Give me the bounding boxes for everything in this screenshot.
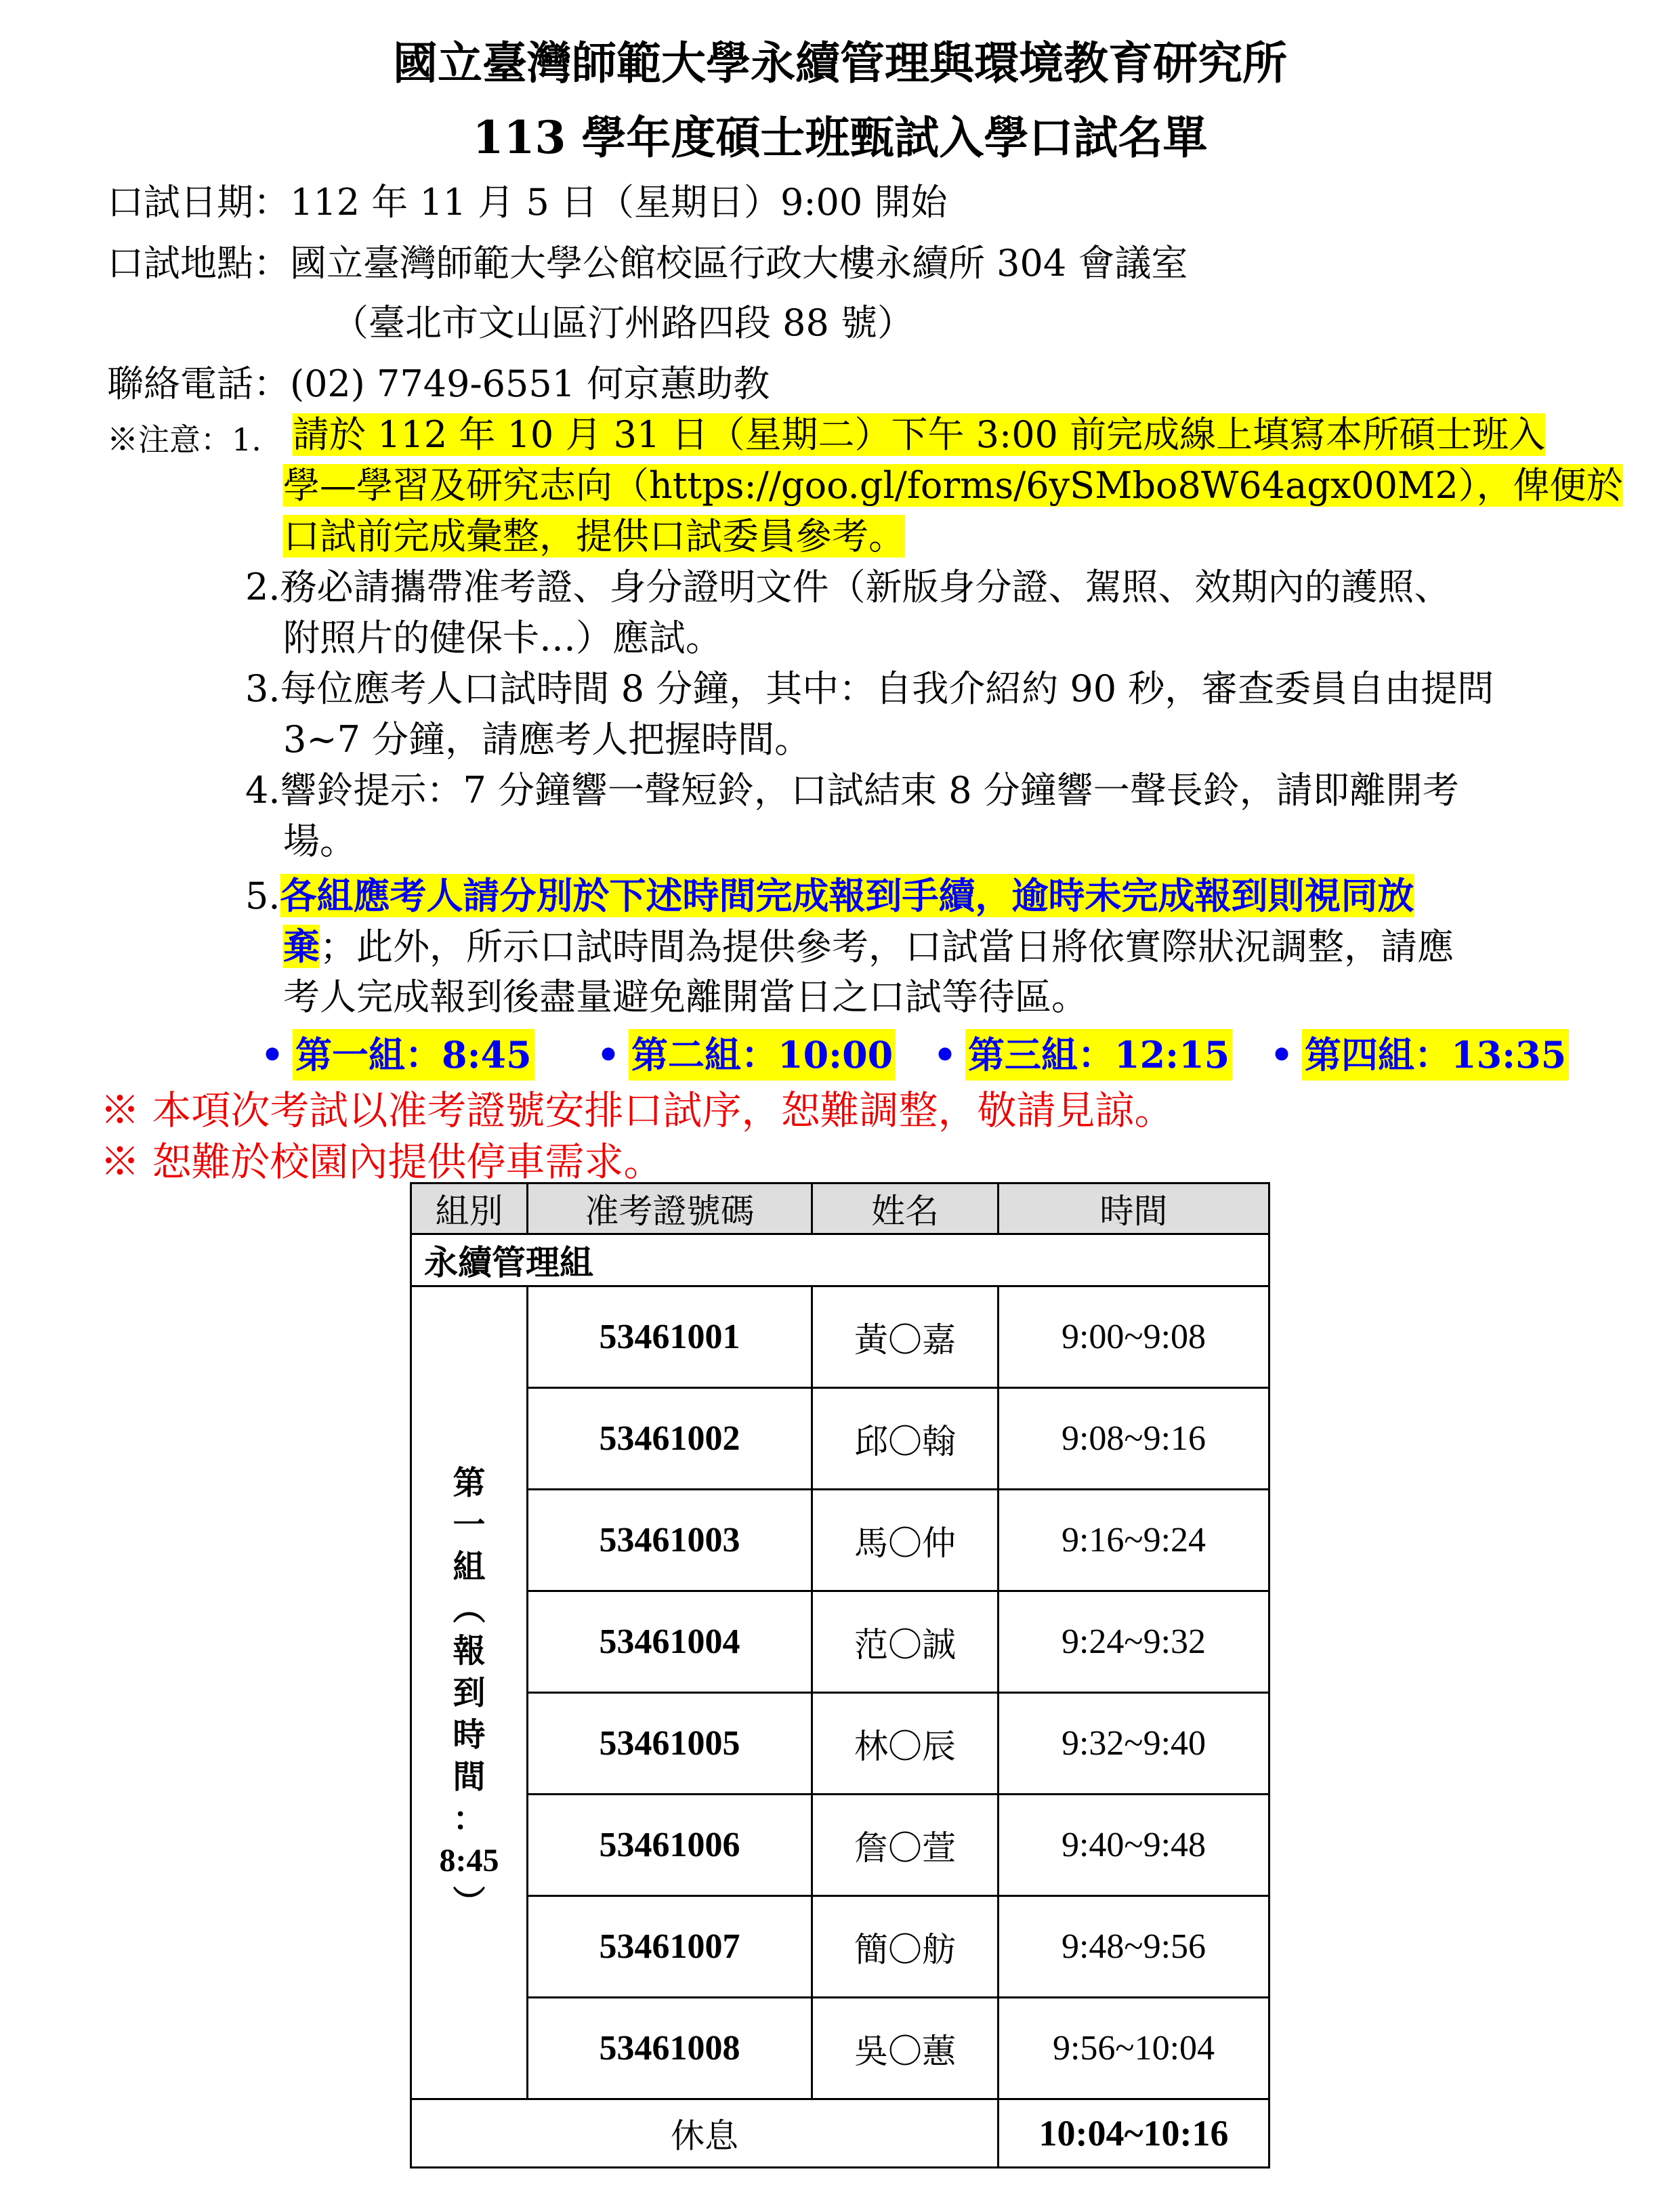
group-char: ︶ bbox=[412, 1882, 526, 1924]
exam-id: 53461003 bbox=[528, 1490, 812, 1591]
table-row: 53461006 詹〇萱 9:40~9:48 bbox=[411, 1795, 1269, 1896]
warning-parking: ※ 恕難於校園內提供停車需求。 bbox=[100, 1130, 663, 1187]
note-5-line-3: 考人完成報到後盡量避免離開當日之口試等待區。 bbox=[283, 972, 1088, 1022]
candidate-name: 林〇辰 bbox=[812, 1693, 999, 1795]
exam-date: 口試日期：112 年 11 月 5 日（星期日）9:00 開始 bbox=[107, 177, 947, 228]
slot-time: 9:56~10:04 bbox=[999, 1998, 1269, 2099]
group-char: 時 bbox=[412, 1714, 526, 1756]
checkin-label: 第二組：10:00 bbox=[629, 1029, 896, 1081]
warning-order: ※ 本項次考試以准考證號安排口試序，恕難調整，敬請見諒。 bbox=[100, 1078, 1173, 1135]
header-name: 姓名 bbox=[812, 1183, 999, 1234]
group-char: 到 bbox=[412, 1672, 526, 1714]
note-1-line-1: 請於 112 年 10 月 31 日（星期二）下午 3:00 前完成線上填寫本所… bbox=[293, 410, 1545, 460]
group-label-vertical: 第 一 組 ︵ 報 到 時 間 ： 8:45 ︶ bbox=[411, 1286, 528, 2099]
note-text: 每位應考人口試時間 8 分鐘，其中：自我介紹約 90 秒，審查委員自由提問 bbox=[280, 667, 1494, 710]
slot-time: 9:00~9:08 bbox=[999, 1286, 1269, 1388]
note-number: 1. bbox=[232, 421, 261, 458]
table-row: 53461002 邱〇翰 9:08~9:16 bbox=[411, 1388, 1269, 1490]
group-char: 第 bbox=[412, 1462, 526, 1504]
note-4-line-1: 4.響鈴提示：7 分鐘響一聲短鈴，口試結束 8 分鐘響一聲長鈴，請即離開考 bbox=[245, 766, 1459, 816]
table-row: 53461003 馬〇仲 9:16~9:24 bbox=[411, 1490, 1269, 1591]
exam-id: 53461008 bbox=[528, 1998, 812, 2099]
note-number: 2. bbox=[245, 566, 280, 608]
break-row: 休息 10:04~10:16 bbox=[411, 2099, 1269, 2168]
slot-time: 9:24~9:32 bbox=[999, 1591, 1269, 1693]
note-3-line-2: 3~7 分鐘，請應考人把握時間。 bbox=[283, 715, 811, 765]
candidate-name: 邱〇翰 bbox=[812, 1388, 999, 1490]
checkin-group-2: •第二組：10:00 bbox=[588, 1026, 896, 1078]
bullet-icon: • bbox=[925, 1033, 965, 1076]
exam-id: 53461001 bbox=[528, 1286, 812, 1388]
section-row: 永續管理組 bbox=[411, 1234, 1269, 1286]
candidate-name: 范〇誠 bbox=[812, 1591, 999, 1693]
exam-id: 53461007 bbox=[528, 1896, 812, 1998]
notes-prefix: ※注意：1. bbox=[107, 415, 261, 465]
highlighted-text: 口試前完成彙整，提供口試委員參考。 bbox=[283, 515, 905, 558]
table-row: 第 一 組 ︵ 報 到 時 間 ： 8:45 ︶ 53461001 黃〇嘉 9:… bbox=[411, 1286, 1269, 1388]
note-text: ；此外，所示口試時間為提供參考，口試當日將依實際狀況調整，請應 bbox=[320, 925, 1454, 968]
highlighted-emphasis-text: 棄 bbox=[283, 925, 320, 968]
candidate-name: 黃〇嘉 bbox=[812, 1286, 999, 1388]
note-2-line-1: 2.務必請攜帶准考證、身分證明文件（新版身分證、駕照、效期內的護照、 bbox=[245, 562, 1451, 612]
highlighted-text: 請於 112 年 10 月 31 日（星期二）下午 3:00 前完成線上填寫本所… bbox=[293, 413, 1545, 456]
bullet-icon: • bbox=[252, 1033, 293, 1076]
group-char: 報 bbox=[412, 1630, 526, 1672]
group-char: ： bbox=[412, 1798, 526, 1840]
interview-schedule-table: 組別 准考證號碼 姓名 時間 永續管理組 第 一 組 ︵ 報 到 時 間 ： 8… bbox=[410, 1182, 1270, 2168]
group-char: 8:45 bbox=[412, 1840, 526, 1882]
checkin-label: 第一組：8:45 bbox=[293, 1029, 534, 1081]
note-3-line-1: 3.每位應考人口試時間 8 分鐘，其中：自我介紹約 90 秒，審查委員自由提問 bbox=[245, 664, 1494, 714]
exam-id: 53461004 bbox=[528, 1591, 812, 1693]
checkin-label: 第三組：12:15 bbox=[965, 1029, 1232, 1081]
bullet-icon: • bbox=[1261, 1033, 1302, 1076]
note-text: 響鈴提示：7 分鐘響一聲短鈴，口試結束 8 分鐘響一聲長鈴，請即離開考 bbox=[280, 769, 1459, 812]
slot-time: 9:08~9:16 bbox=[999, 1388, 1269, 1490]
bullet-icon: • bbox=[588, 1033, 629, 1076]
slot-time: 9:16~9:24 bbox=[999, 1490, 1269, 1591]
header-time: 時間 bbox=[999, 1183, 1269, 1234]
checkin-group-1: •第一組：8:45 bbox=[252, 1026, 534, 1078]
group-char: 組 bbox=[412, 1546, 526, 1588]
checkin-label: 第四組：13:35 bbox=[1302, 1029, 1569, 1081]
table-row: 53461005 林〇辰 9:32~9:40 bbox=[411, 1693, 1269, 1795]
note-5-line-1: 5.各組應考人請分別於下述時間完成報到手續，逾時未完成報到則視同放 bbox=[245, 871, 1414, 921]
checkin-group-4: •第四組：13:35 bbox=[1261, 1026, 1569, 1078]
exam-id: 53461005 bbox=[528, 1693, 812, 1795]
slot-time: 9:48~9:56 bbox=[999, 1896, 1269, 1998]
candidate-name: 簡〇舫 bbox=[812, 1896, 999, 1998]
break-label: 休息 bbox=[411, 2099, 999, 2168]
candidate-name: 詹〇萱 bbox=[812, 1795, 999, 1896]
break-time: 10:04~10:16 bbox=[999, 2099, 1269, 2168]
table-row: 53461007 簡〇舫 9:48~9:56 bbox=[411, 1896, 1269, 1998]
exam-address: （臺北市文山區汀州路四段 88 號） bbox=[332, 298, 914, 348]
notes-prefix-label: ※注意： bbox=[107, 421, 232, 458]
section-title: 永續管理組 bbox=[411, 1234, 1269, 1286]
slot-time: 9:40~9:48 bbox=[999, 1795, 1269, 1896]
table-row: 53461004 范〇誠 9:24~9:32 bbox=[411, 1591, 1269, 1693]
note-text: 務必請攜帶准考證、身分證明文件（新版身分證、駕照、效期內的護照、 bbox=[280, 566, 1451, 608]
candidate-name: 吳〇蕙 bbox=[812, 1998, 999, 2099]
checkin-group-3: •第三組：12:15 bbox=[925, 1026, 1232, 1078]
exam-id: 53461006 bbox=[528, 1795, 812, 1896]
document-title-line2: 113 學年度碩士班甄試入學口試名單 bbox=[0, 102, 1680, 166]
exam-id: 53461002 bbox=[528, 1388, 812, 1490]
note-5-line-2: 棄；此外，所示口試時間為提供參考，口試當日將依實際狀況調整，請應 bbox=[283, 921, 1454, 972]
candidate-name: 馬〇仲 bbox=[812, 1490, 999, 1591]
header-exam-id: 准考證號碼 bbox=[528, 1183, 812, 1234]
slot-time: 9:32~9:40 bbox=[999, 1693, 1269, 1795]
note-number: 3. bbox=[245, 667, 280, 710]
group-char: ︵ bbox=[412, 1588, 526, 1630]
table-row: 53461008 吳〇蕙 9:56~10:04 bbox=[411, 1998, 1269, 2099]
note-1-line-3: 口試前完成彙整，提供口試委員參考。 bbox=[283, 511, 905, 562]
group-char: 間 bbox=[412, 1756, 526, 1798]
highlighted-text: 學—學習及研究志向（https://goo.gl/forms/6ySMbo8W6… bbox=[283, 464, 1623, 507]
note-1-line-2: 學—學習及研究志向（https://goo.gl/forms/6ySMbo8W6… bbox=[283, 461, 1623, 511]
note-number: 4. bbox=[245, 769, 280, 812]
exam-location: 口試地點：國立臺灣師範大學公館校區行政大樓永續所 304 會議室 bbox=[107, 238, 1188, 289]
contact-phone: 聯絡電話：(02) 7749-6551 何京蕙助教 bbox=[107, 359, 770, 409]
note-4-line-2: 場。 bbox=[283, 816, 356, 866]
table-header-row: 組別 准考證號碼 姓名 時間 bbox=[411, 1183, 1269, 1234]
note-number: 5. bbox=[245, 875, 280, 917]
header-group: 組別 bbox=[411, 1183, 528, 1234]
group-char: 一 bbox=[412, 1504, 526, 1546]
document-title-line1: 國立臺灣師範大學永續管理與環境教育研究所 bbox=[0, 27, 1680, 91]
note-2-line-2: 附照片的健保卡…）應試。 bbox=[283, 613, 722, 663]
highlighted-emphasis-text: 各組應考人請分別於下述時間完成報到手續，逾時未完成報到則視同放 bbox=[280, 874, 1414, 917]
